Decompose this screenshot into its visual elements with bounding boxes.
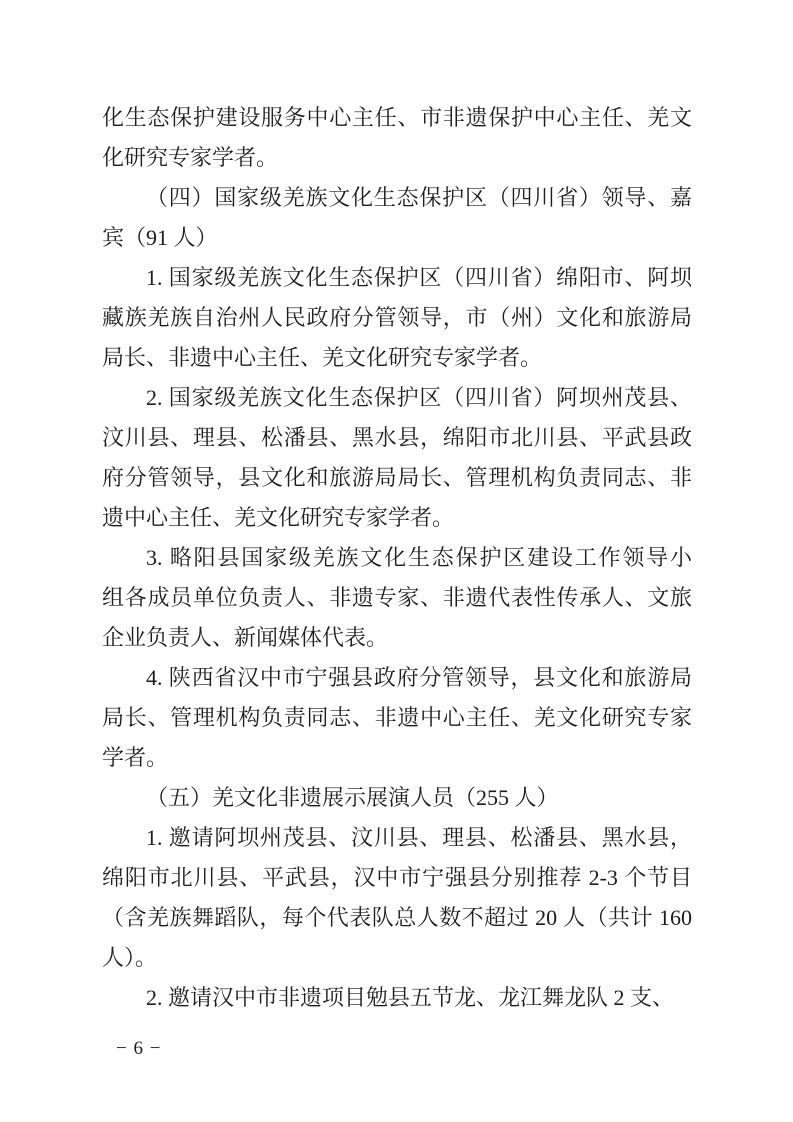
text-line: （含羌族舞蹈队，每个代表队总人数不超过 20 人（共计 160	[102, 898, 692, 938]
text-line: 4. 陕西省汉中市宁强县政府分管领导，县文化和旅游局	[102, 658, 692, 698]
text-line: 1. 国家级羌族文化生态保护区（四川省）绵阳市、阿坝	[102, 258, 692, 298]
text-line: 学者。	[102, 738, 692, 778]
text-line: 绵阳市北川县、平武县，汉中市宁强县分别推荐 2-3 个节目	[102, 858, 692, 898]
document-body: 化生态保护建设服务中心主任、市非遗保护中心主任、羌文 化研究专家学者。 （四）国…	[102, 98, 692, 1018]
text-line: 局长、管理机构负责同志、非遗中心主任、羌文化研究专家	[102, 698, 692, 738]
text-line: 2. 国家级羌族文化生态保护区（四川省）阿坝州茂县、	[102, 378, 692, 418]
text-line: 府分管领导，县文化和旅游局局长、管理机构负责同志、非	[102, 458, 692, 498]
text-line: 1. 邀请阿坝州茂县、汶川县、理县、松潘县、黑水县，	[102, 818, 692, 858]
section-heading-4-continued: 宾（91 人）	[102, 218, 692, 258]
page-number: − 6 −	[116, 1038, 161, 1060]
text-line: 人）。	[102, 938, 692, 978]
text-line: 局长、非遗中心主任、羌文化研究专家学者。	[102, 338, 692, 378]
text-line: 组各成员单位负责人、非遗专家、非遗代表性传承人、文旅	[102, 578, 692, 618]
text-line: 企业负责人、新闻媒体代表。	[102, 618, 692, 658]
section-heading-5: （五）羌文化非遗展示展演人员（255 人）	[102, 778, 692, 818]
document-page: 化生态保护建设服务中心主任、市非遗保护中心主任、羌文 化研究专家学者。 （四）国…	[0, 0, 793, 1122]
text-line: 遗中心主任、羌文化研究专家学者。	[102, 498, 692, 538]
text-line: 化生态保护建设服务中心主任、市非遗保护中心主任、羌文	[102, 98, 692, 138]
text-line: 3. 略阳县国家级羌族文化生态保护区建设工作领导小	[102, 538, 692, 578]
text-line: 藏族羌族自治州人民政府分管领导，市（州）文化和旅游局	[102, 298, 692, 338]
section-heading-4: （四）国家级羌族文化生态保护区（四川省）领导、嘉	[102, 178, 692, 218]
text-line: 汶川县、理县、松潘县、黑水县，绵阳市北川县、平武县政	[102, 418, 692, 458]
text-line: 化研究专家学者。	[102, 138, 692, 178]
text-line: 2. 邀请汉中市非遗项目勉县五节龙、龙江舞龙队 2 支、	[102, 978, 692, 1018]
